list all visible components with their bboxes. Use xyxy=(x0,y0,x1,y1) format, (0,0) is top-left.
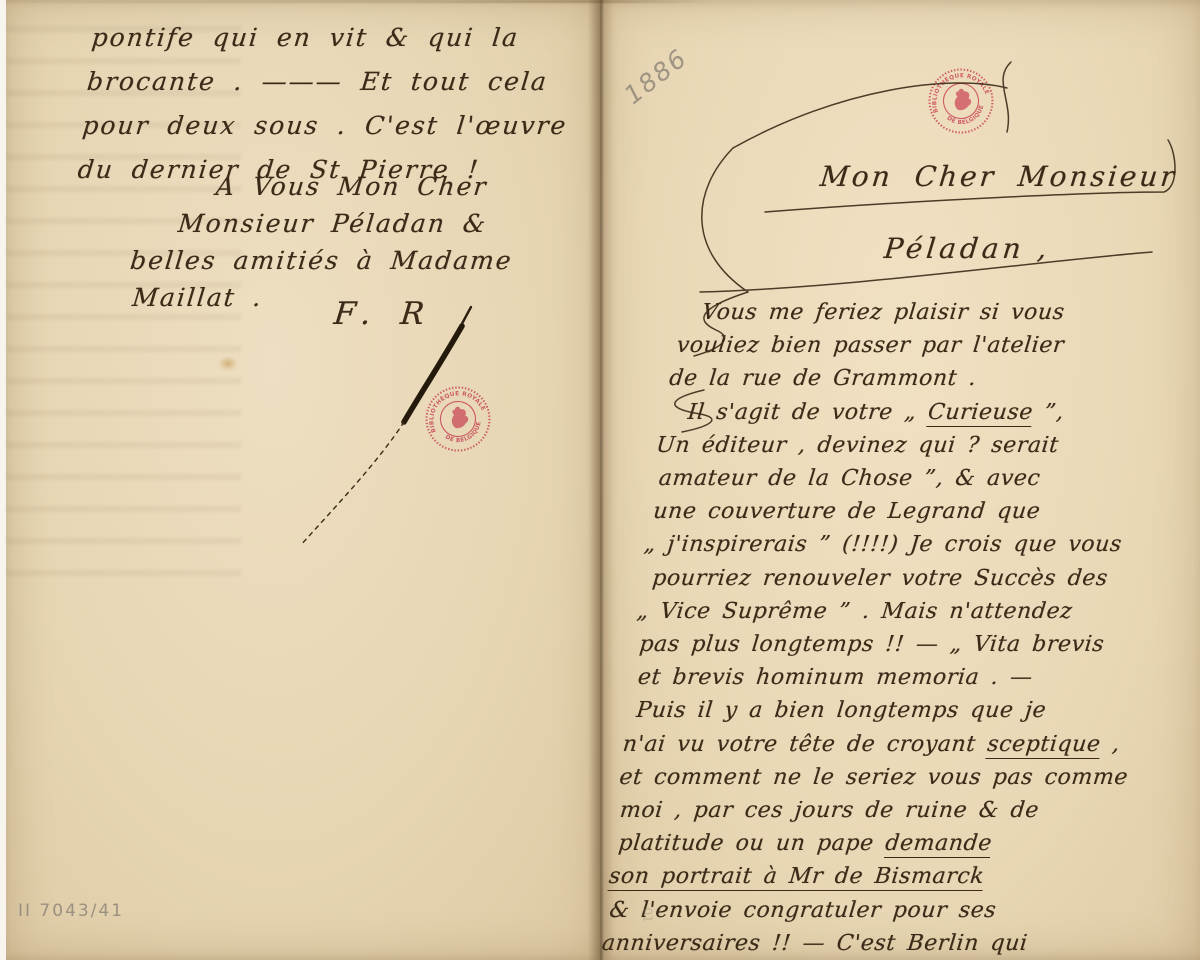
letter-line: moi , par ces jours de ruine & de xyxy=(618,794,1141,827)
salutation-line: Mon Cher Monsieur xyxy=(819,160,1179,193)
signature: F. R xyxy=(332,296,436,332)
letter-line: brocante . ——— Et tout cela xyxy=(85,60,590,104)
flourish-brace xyxy=(702,148,748,292)
letter-line: pas plus longtemps !! — „ Vita brevis xyxy=(638,628,1159,661)
page-number-pencil: 01 xyxy=(641,907,655,922)
letter-line: n'ai vu votre tête de croyant sceptique … xyxy=(621,728,1148,761)
line-text: & l'envoie congratuler pour ses xyxy=(608,898,997,923)
letter-line: Monsieur Péladan & xyxy=(176,205,576,242)
library-stamp-icon: BIBLIOTHÈQUE ROYALE DE BELGIQUE xyxy=(916,56,1006,146)
letter-line: et brevis hominum memoria . — xyxy=(636,661,1155,694)
line-text: „ j'inspirerais ” (!!!!) Je crois que vo… xyxy=(643,532,1124,557)
line-text: et comment ne le seriez vous pas comme xyxy=(618,765,1129,790)
letter-line: belles amitiés à Madame xyxy=(128,242,572,279)
letter-line: anniversaires !! — C'est Berlin qui xyxy=(600,927,1127,960)
letter-page-left: pontife qui en vit & qui la brocante . —… xyxy=(6,0,600,960)
line-text: amateur de la Chose ”, & avec xyxy=(658,466,1042,491)
line-text: vouliez bien passer par l'atelier xyxy=(675,333,1065,358)
letter-line: A Vous Mon Cher xyxy=(214,168,580,205)
line-text: platitude ou un pape xyxy=(617,831,886,856)
line-text: n'ai vu votre tête de croyant xyxy=(622,732,989,757)
lion-emblem-icon xyxy=(447,404,471,430)
letter-line: amateur de la Chose ”, & avec xyxy=(657,462,1176,495)
letter-line: & l'envoie congratuler pour ses xyxy=(608,894,1131,927)
catalog-number-pencil: II 7043/41 xyxy=(18,901,124,921)
line-text: pourriez renouveler votre Succès des xyxy=(651,566,1109,591)
library-stamp-icon: BIBLIOTHÈQUE ROYALE DE BELGIQUE xyxy=(412,373,504,465)
letter-line: platitude ou un pape demande xyxy=(617,827,1138,860)
letter-page-right: 1886 BIBLIOTHÈQUE ROYALE DE BELGIQUE Mo xyxy=(600,0,1200,960)
letter-line: „ j'inspirerais ” (!!!!) Je crois que vo… xyxy=(642,528,1169,561)
letter-line: son portrait à Mr de Bismarck xyxy=(607,860,1134,893)
line-text: de la rue de Grammont . xyxy=(668,366,978,391)
line-text: Puis il y a bien longtemps que je xyxy=(635,698,1047,723)
letter-paragraph: pontife qui en vit & qui la brocante . —… xyxy=(76,16,594,192)
letter-line: Vous me feriez plaisir si vous xyxy=(701,296,1194,329)
year-annotation-pencil: 1886 xyxy=(619,43,693,110)
line-text: une couverture de Legrand que xyxy=(652,499,1042,524)
letter-line: pour deux sous . C'est l'œuvre xyxy=(80,104,585,148)
letter-line: pourriez renouveler votre Succès des xyxy=(651,562,1166,595)
letter-line: Il s'agit de votre „ Curieuse ”, xyxy=(686,396,1183,429)
line-text: moi , par ces jours de ruine & de xyxy=(619,798,1041,823)
underlined-text: Curieuse xyxy=(927,400,1035,427)
fold-crease-horizontal xyxy=(600,0,710,3)
letter-line: et comment ne le seriez vous pas comme xyxy=(618,761,1145,794)
foxing-spot xyxy=(218,356,238,371)
line-text: „ Vice Suprême ” . Mais n'attendez xyxy=(636,599,1074,624)
line-text: Il s'agit de votre „ xyxy=(686,400,929,425)
letter-line: de la rue de Grammont . xyxy=(668,362,1187,395)
ink-stroke-tail xyxy=(300,422,404,546)
line-text: , xyxy=(1099,732,1121,757)
line-text: anniversaires !! — C'est Berlin qui xyxy=(601,931,1029,956)
center-fold xyxy=(588,0,614,960)
underlined-text: sceptique xyxy=(986,732,1102,759)
letter-line: pontife qui en vit & qui la xyxy=(89,16,594,60)
salutation-line: Péladan , xyxy=(883,232,1053,265)
letter-body: Vous me feriez plaisir si vous vouliez b… xyxy=(600,296,1194,960)
letter-scan: pontife qui en vit & qui la brocante . —… xyxy=(0,0,1200,960)
fold-crease-horizontal xyxy=(6,0,600,3)
lion-emblem-icon xyxy=(950,87,973,112)
line-text: Un éditeur , devinez qui ? serait xyxy=(655,433,1060,458)
underlined-text: demande xyxy=(884,831,993,858)
letter-line: Puis il y a bien longtemps que je xyxy=(635,694,1152,727)
line-text: et brevis hominum memoria . — xyxy=(637,665,1034,690)
line-text: Vous me feriez plaisir si vous xyxy=(701,300,1066,325)
letter-line: une couverture de Legrand que xyxy=(652,495,1173,528)
line-text: ”, xyxy=(1032,400,1066,425)
line-text: pas plus longtemps !! — „ Vita brevis xyxy=(638,632,1105,657)
underlined-text: son portrait à Mr de Bismarck xyxy=(607,864,985,891)
letter-line: Un éditeur , devinez qui ? serait xyxy=(655,429,1180,462)
letter-line: „ Vice Suprême ” . Mais n'attendez xyxy=(635,595,1162,628)
letter-closing: A Vous Mon Cher Monsieur Péladan & belle… xyxy=(84,168,580,316)
letter-line: vouliez bien passer par l'atelier xyxy=(675,329,1190,362)
